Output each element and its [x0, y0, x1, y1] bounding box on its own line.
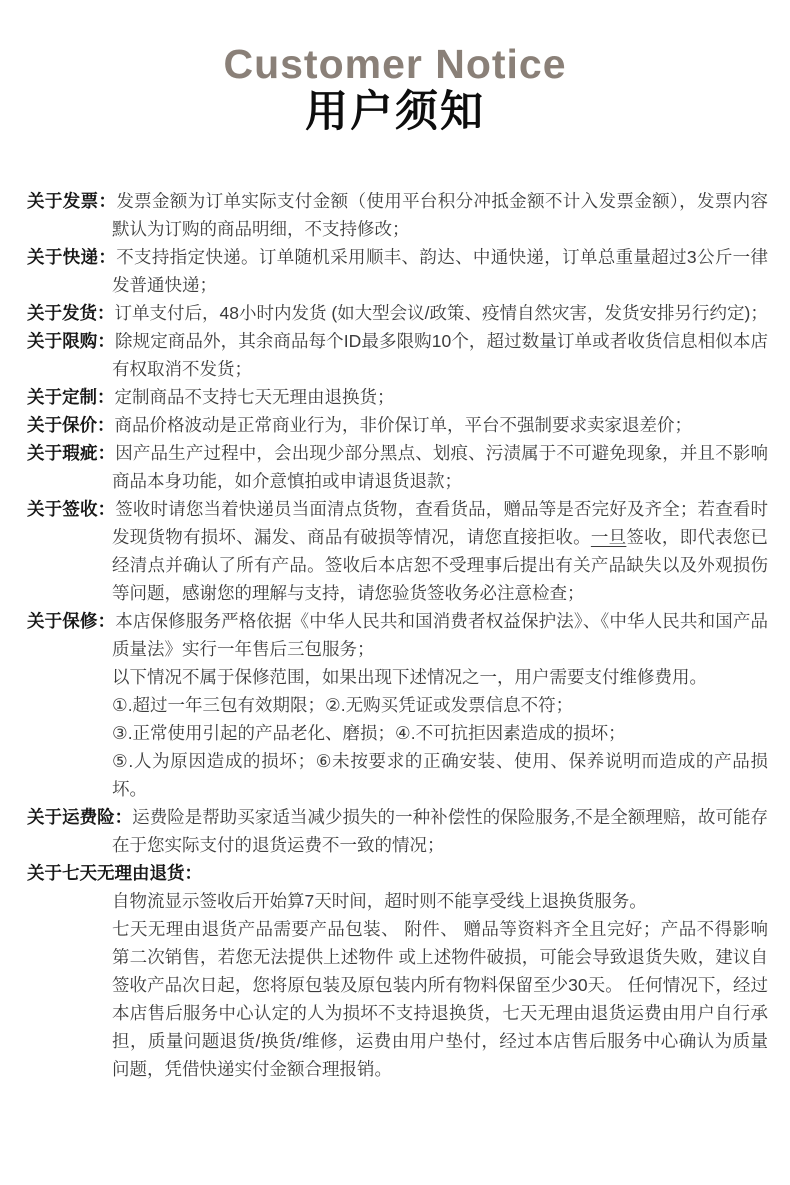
item-text: ③.正常使用引起的产品老化、磨损；④.不可抗拒因素造成的损坏；: [112, 719, 768, 747]
page-header: Customer Notice 用户须知: [0, 0, 790, 137]
notice-item-warranty: 关于保修：本店保修服务严格依据《中华人民共和国消费者权益保护法》、《中华人民共和…: [27, 607, 768, 803]
item-label: 关于签收：: [27, 499, 115, 519]
item-text: 因产品生产过程中，会出现少部分黑点、划痕、污渍属于不可避免现象，并且不影响商品本…: [112, 443, 768, 491]
item-label: 关于保修：: [27, 611, 115, 631]
item-label: 关于运费险：: [27, 807, 132, 827]
chinese-title: 用户须知: [0, 88, 790, 137]
item-text: 运费险是帮助买家适当减少损失的一种补偿性的保险服务,不是全额理赔，故可能存在于您…: [112, 807, 768, 855]
item-text: 发票金额为订单实际支付金额（使用平台积分冲抵金额不计入发票金额），发票内容默认为…: [112, 191, 768, 239]
item-text: 七天无理由退货产品需要产品包装、 附件、 赠品等资料齐全且完好；产品不得影响第二…: [112, 915, 768, 1083]
item-label: 关于瑕疵：: [27, 443, 115, 463]
notice-item-defects: 关于瑕疵：因产品生产过程中，会出现少部分黑点、划痕、污渍属于不可避免现象，并且不…: [27, 439, 768, 495]
item-text: ⑤.人为原因造成的损坏；⑥未按要求的正确安装、使用、保养说明而造成的产品损坏。: [112, 747, 768, 803]
notice-item-shipping-insurance: 关于运费险：运费险是帮助买家适当减少损失的一种补偿性的保险服务,不是全额理赔，故…: [27, 803, 768, 859]
notice-item-customization: 关于定制：定制商品不支持七天无理由退换货；: [27, 383, 768, 411]
item-label: 关于限购：: [27, 331, 115, 351]
notice-page: Customer Notice 用户须知 关于发票：发票金额为订单实际支付金额（…: [0, 0, 790, 1185]
item-text: 本店保修服务严格依据《中华人民共和国消费者权益保护法》、《中华人民共和国产品质量…: [112, 611, 768, 659]
notice-item-price-protection: 关于保价：商品价格波动是正常商业行为，非价保订单，平台不强制要求卖家退差价；: [27, 411, 768, 439]
item-label: 关于快递：: [27, 247, 116, 267]
notice-item-shipping: 关于发货：订单支付后，48小时内发货 (如大型会议/政策、疫情自然灾害，发货安排…: [27, 299, 768, 327]
item-text: 自物流显示签收后开始算7天时间，超时则不能享受线上退换货服务。: [112, 887, 768, 915]
item-text: 定制商品不支持七天无理由退换货；: [115, 387, 395, 407]
item-label: 关于发票：: [27, 191, 116, 211]
item-text: 以下情况不属于保修范围，如果出现下述情况之一，用户需要支付维修费用。: [112, 663, 768, 691]
notice-item-purchase-limit: 关于限购：除规定商品外，其余商品每个ID最多限购10个，超过数量订单或者收货信息…: [27, 327, 768, 383]
item-label: 关于七天无理由退货：: [27, 863, 202, 883]
item-text: 订单支付后，48小时内发货 (如大型会议/政策、疫情自然灾害，发货安排另行约定)…: [115, 303, 768, 323]
item-text: 不支持指定快递。订单随机采用顺丰、韵达、中通快递，订单总重量超过3公斤一律发普通…: [112, 247, 768, 295]
notice-item-courier: 关于快递：不支持指定快递。订单随机采用顺丰、韵达、中通快递，订单总重量超过3公斤…: [27, 243, 768, 299]
item-label: 关于定制：: [27, 387, 115, 407]
item-text: 除规定商品外，其余商品每个ID最多限购10个，超过数量订单或者收货信息相似本店有…: [112, 331, 768, 379]
notice-list: 关于发票：发票金额为订单实际支付金额（使用平台积分冲抵金额不计入发票金额），发票…: [0, 187, 790, 1083]
notice-item-sign-off: 关于签收：签收时请您当着快递员当面清点货物，查看货品，赠品等是否完好及齐全；若查…: [27, 495, 768, 607]
notice-item-invoice: 关于发票：发票金额为订单实际支付金额（使用平台积分冲抵金额不计入发票金额），发票…: [27, 187, 768, 243]
english-title: Customer Notice: [0, 44, 790, 85]
item-text: 商品价格波动是正常商业行为，非价保订单，平台不强制要求卖家退差价；: [115, 415, 693, 435]
item-text: ①.超过一年三包有效期限；②.无购买凭证或发票信息不符；: [112, 691, 768, 719]
item-text-underlined: 一旦: [591, 527, 626, 547]
item-label: 关于发货：: [27, 303, 115, 323]
notice-item-7day-return: 关于七天无理由退货： 自物流显示签收后开始算7天时间，超时则不能享受线上退换货服…: [27, 859, 768, 1083]
item-label: 关于保价：: [27, 415, 115, 435]
